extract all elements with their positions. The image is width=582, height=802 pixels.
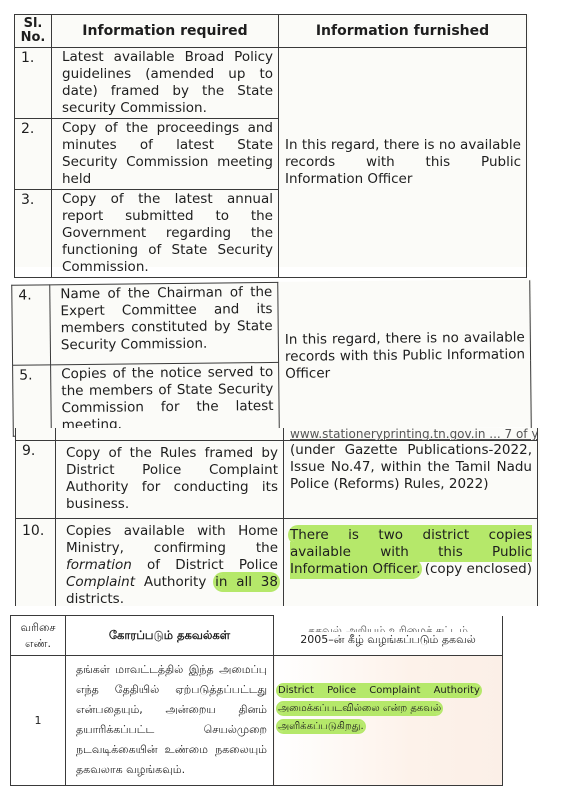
row-9-furnished: (under Gazette Publications-2022, Issue … [284,441,538,519]
section-1-table: Sl. No. Information required Information… [14,14,529,267]
rows-4-5-furnished: In this regard, there is no available re… [278,280,532,434]
row-4-number: 4. [12,285,51,365]
section-4-tamil-table: வரிசை எண். கோரப்படும் தகவல்கள் தகவல் அறி… [10,615,510,795]
header-information-required: Information required [52,15,279,48]
row-1-required: Latest available Broad Policy guidelines… [52,48,279,119]
tamil-row-1-number: 1 [11,656,66,786]
tamil-header-furnished: தகவல் அறியும் உரிமைச் சட்டம் 2005–ன் கீழ… [274,616,503,656]
header-sl-no: Sl. No. [15,15,52,48]
header-information-furnished: Information furnished [279,15,527,48]
row-5-number: 5. [13,365,52,436]
highlight-in-all-38: in all 38 [215,574,278,590]
row-4-required: Name of the Chairman of the Expert Commi… [50,282,279,364]
row-2-number: 2. [15,119,52,190]
row-1-number: 1. [15,48,52,119]
row-9-number: 9. [16,441,56,519]
tamil-header-sl-no: வரிசை எண். [11,616,66,656]
row-10-furnished: There is two district copies available w… [284,519,538,607]
row-9-required: Copy of the Rules framed by District Pol… [56,441,284,519]
row-3-required: Copy of the latest annual report submitt… [52,190,279,278]
section-3-table: www.stationeryprinting.tn.gov.in ... 7 o… [15,428,540,606]
tamil-row-1-furnished: District Police Complaint Authority அமைக… [274,656,503,786]
tamil-header-required: கோரப்படும் தகவல்கள் [66,616,274,656]
cut-off-url-text: www.stationeryprinting.tn.gov.in ... 7 o… [284,428,538,441]
row-3-number: 3. [15,190,52,278]
tamil-row-1-required: தங்கள் மாவட்டத்தில் இந்த அமைப்பு எந்த தே… [66,656,274,786]
rows-1-3-furnished: In this regard, there is no available re… [279,48,527,278]
row-5-required: Copies of the notice served to the membe… [51,362,280,435]
highlight-furnished-line-2: அமைக்கப்படவில்லை என்ற தகவல் [278,703,441,714]
row-10-number: 10. [16,519,56,607]
row-10-required: Copies available with Home Ministry, con… [56,519,284,607]
highlight-furnished-line-3: அளிக்கப்படுகிறது. [278,721,364,732]
highlight-furnished-line-1: District Police Complaint Authority [278,685,480,696]
row-2-required: Copy of the proceedings and minutes of l… [52,119,279,190]
section-2-table: 4. Name of the Chairman of the Expert Co… [11,279,533,432]
